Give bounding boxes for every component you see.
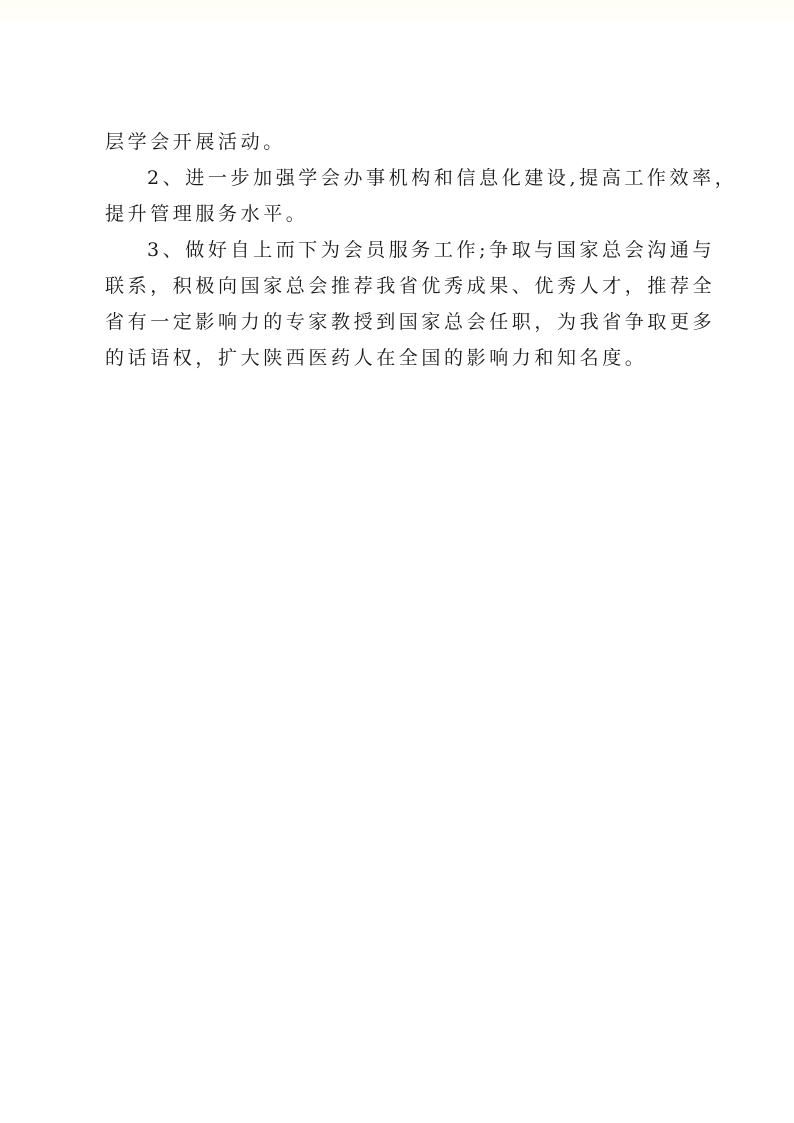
paragraph-item-3-line-4: 的话语权，扩大陕西医药人在全国的影响力和知名度。 — [105, 340, 697, 376]
scan-top-band — [0, 0, 794, 24]
paragraph-item-2-line-2: 提升管理服务水平。 — [105, 196, 697, 232]
paragraph-item-3-line-1: 3、做好自上而下为会员服务工作;争取与国家总会沟通与 — [105, 232, 697, 268]
paragraph-continuation-line: 层学会开展活动。 — [105, 124, 697, 160]
paragraph-item-2-line-1: 2、进一步加强学会办事机构和信息化建设,提高工作效率， — [105, 160, 697, 196]
paragraph-item-3-line-3: 省有一定影响力的专家教授到国家总会任职，为我省争取更多 — [105, 304, 697, 340]
paragraph-item-3-line-2: 联系，积极向国家总会推荐我省优秀成果、优秀人才，推荐全 — [105, 268, 697, 304]
document-body: 层学会开展活动。 2、进一步加强学会办事机构和信息化建设,提高工作效率， 提升管… — [105, 124, 697, 376]
